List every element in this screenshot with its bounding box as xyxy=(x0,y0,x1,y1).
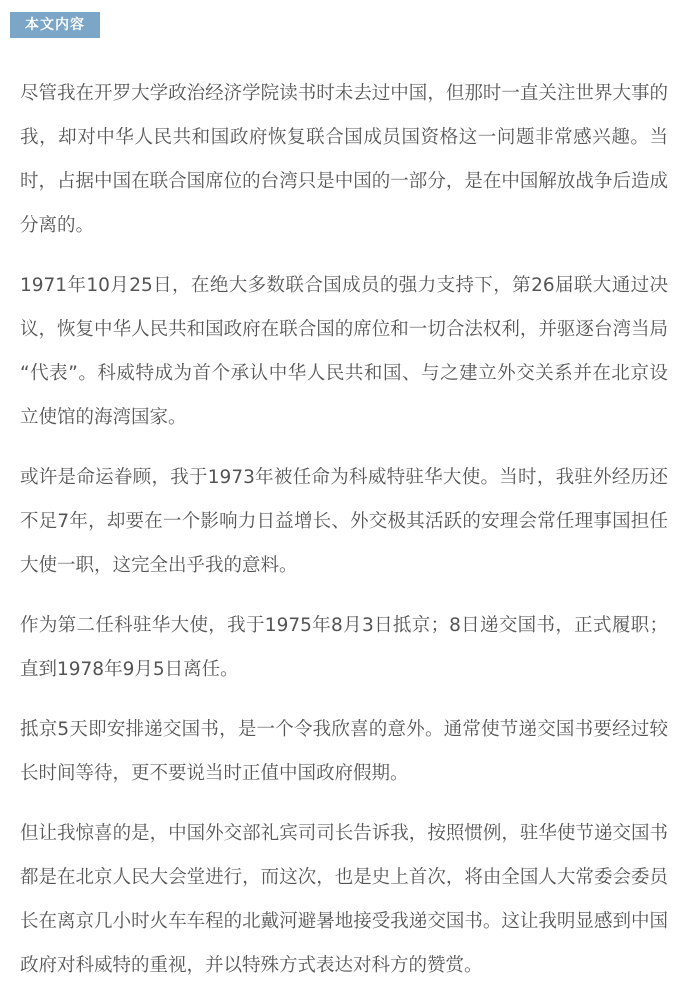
paragraph-4: 作为第二任科驻华大使，我于1975年8月3日抵京；8日递交国书，正式履职；直到1… xyxy=(20,604,668,692)
paragraph-3: 或许是命运眷顾，我于1973年被任命为科威特驻华大使。当时，我驻外经历还不足7年… xyxy=(20,456,668,588)
article-content-badge: 本文内容 xyxy=(10,12,100,38)
paragraph-6: 但让我惊喜的是，中国外交部礼宾司司长告诉我，按照惯例，驻华使节递交国书都是在北京… xyxy=(20,812,668,988)
paragraph-1: 尽管我在开罗大学政治经济学院读书时未去过中国，但那时一直关注世界大事的我，却对中… xyxy=(20,72,668,248)
paragraph-2: 1971年10月25日，在绝大多数联合国成员的强力支持下，第26届联大通过决议，… xyxy=(20,264,668,440)
paragraph-5: 抵京5天即安排递交国书，是一个令我欣喜的意外。通常使节递交国书要经过较长时间等待… xyxy=(20,708,668,796)
article-body: 尽管我在开罗大学政治经济学院读书时未去过中国，但那时一直关注世界大事的我，却对中… xyxy=(0,72,690,988)
article-page: 本文内容 尽管我在开罗大学政治经济学院读书时未去过中国，但那时一直关注世界大事的… xyxy=(0,0,690,992)
